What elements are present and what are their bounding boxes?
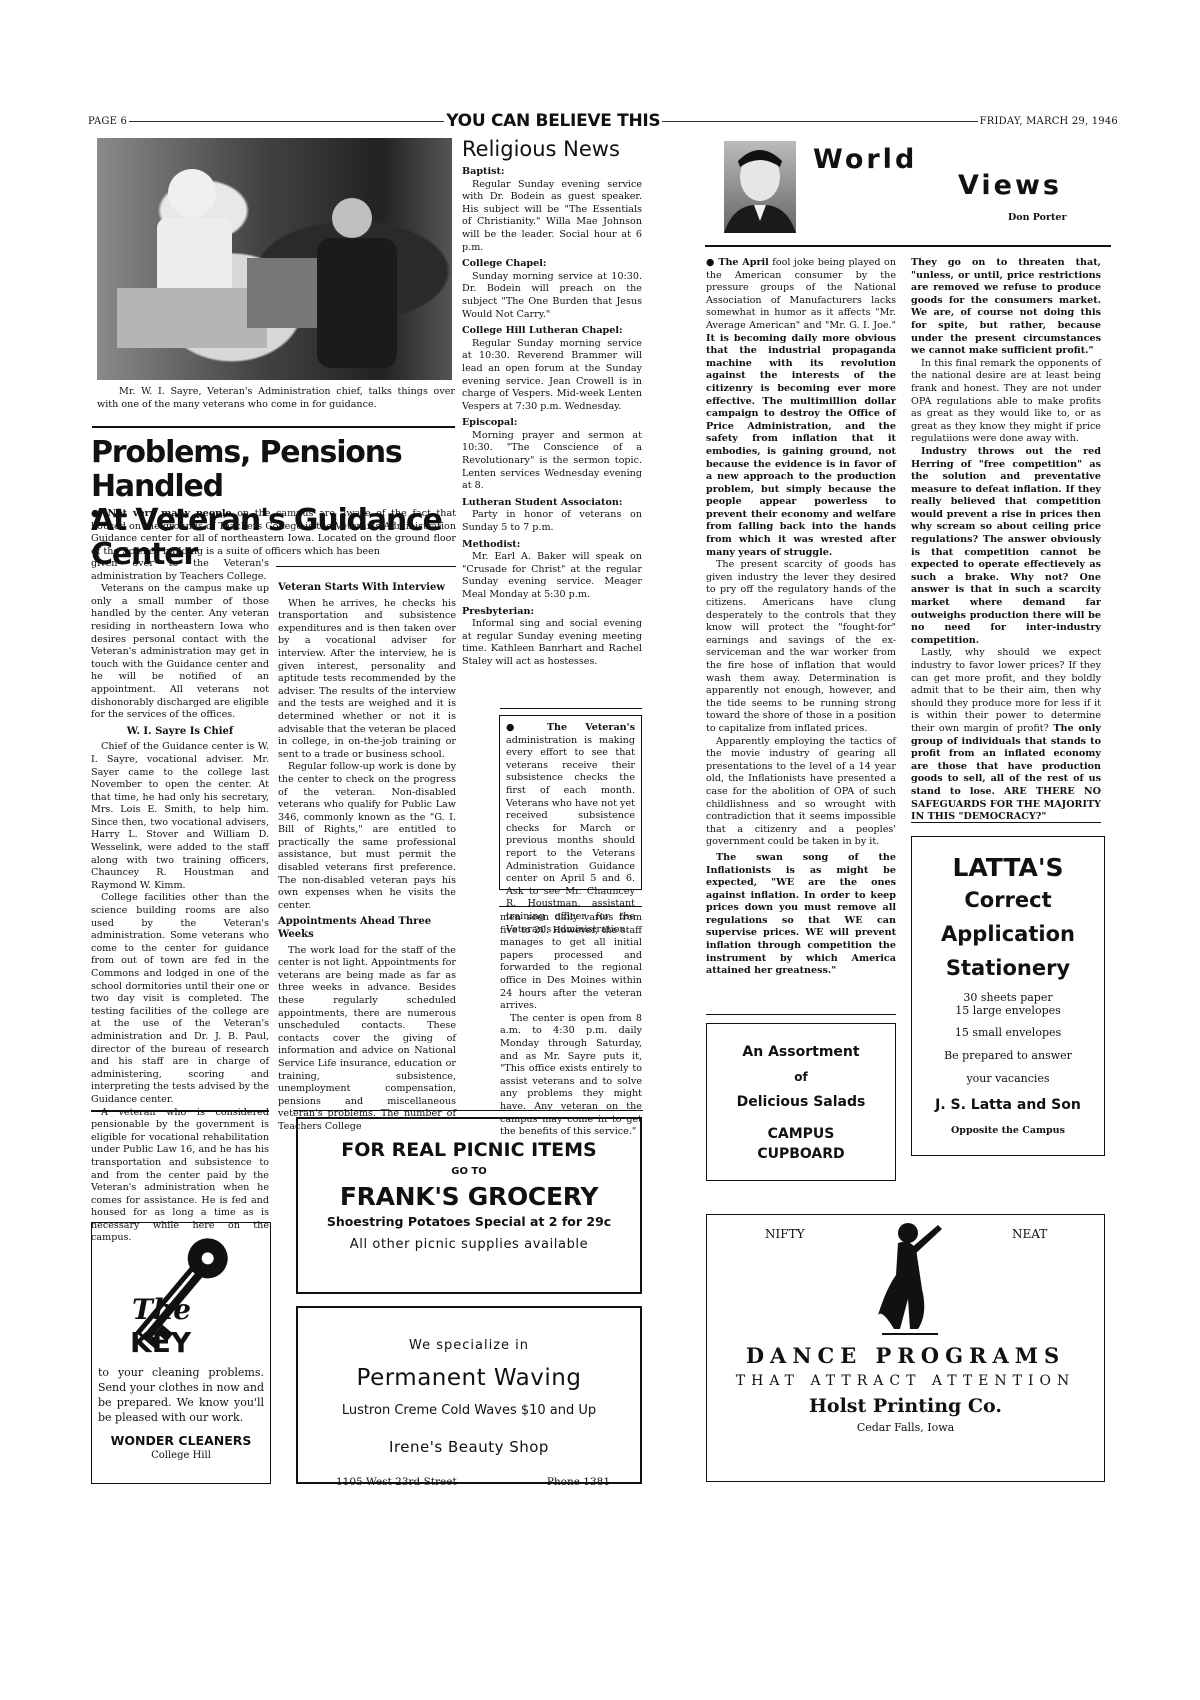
divider <box>92 426 455 428</box>
section-baptist: Baptist: <box>462 166 642 179</box>
divider <box>293 1110 643 1111</box>
ad-holst-printing: NIFTY NEAT DANCE PROGRAMS THAT ATTRACT A… <box>706 1214 1105 1482</box>
ad-irenes-phone: Phone 1381 <box>547 1476 610 1488</box>
section-text: Mr. Earl A. Baker will speak on "Crusade… <box>462 551 642 601</box>
section-text: Informal sing and social evening at regu… <box>462 618 642 668</box>
ad-franks-line2: GO TO <box>298 1166 640 1177</box>
ad-lattas-stationery: LATTA'S Correct Application Stationery 3… <box>911 836 1105 1156</box>
columnist-portrait <box>724 141 796 233</box>
ad-key-text: to your cleaning problems. Send your clo… <box>98 1365 264 1425</box>
dancer-silhouette-icon <box>852 1219 962 1339</box>
section-text: Morning prayer and sermon at 10:30. "The… <box>462 430 642 493</box>
ad-latta-tagline: Be prepared to answer <box>912 1049 1104 1062</box>
ad-holst-headline: DANCE PROGRAMS <box>707 1343 1104 1368</box>
news-photo-sayre <box>97 138 452 380</box>
ad-franks-name: FRANK'S GROCERY <box>298 1182 640 1211</box>
religious-sections: Baptist: Regular Sunday evening service … <box>462 166 642 669</box>
paragraph: Chief of the Guidance center is W. I. Sa… <box>91 741 269 892</box>
ad-holst-location: Cedar Falls, Iowa <box>707 1421 1104 1434</box>
segment: fool joke being played on the American c… <box>706 257 896 331</box>
portrait-figure-icon <box>724 141 796 233</box>
subhead-interview: Veteran Starts With Interview <box>278 582 456 595</box>
subhead-sayre-chief: W. I. Sayre Is Chief <box>91 726 269 739</box>
divider <box>500 708 642 709</box>
section-presbyterian: Presbyterian: <box>462 606 642 619</box>
ad-franks-line1: FOR REAL PICNIC ITEMS <box>298 1139 640 1161</box>
ad-key-title-key: KEY <box>130 1326 191 1359</box>
lead-bold: Not very many people <box>108 508 232 519</box>
veterans-lead: ● Not very many people on the campus are… <box>91 508 456 558</box>
wv-paragraph-4: The swan song of the Inflationists is as… <box>706 852 896 978</box>
wv-paragraph-6: In this final remark the opponents of th… <box>911 358 1101 446</box>
issue-date: FRIDAY, MARCH 29, 1946 <box>980 116 1118 127</box>
divider <box>276 566 456 567</box>
ad-irenes-headline: Permanent Waving <box>298 1365 640 1391</box>
ad-latta-item: 15 large envelopes <box>912 1004 1104 1017</box>
paragraph: Regular follow-up work is done by the ce… <box>278 761 456 912</box>
paragraph: Veterans on the campus make up only a sm… <box>91 583 269 722</box>
ad-latta-location: Opposite the Campus <box>912 1125 1104 1136</box>
page-number: PAGE 6 <box>88 116 127 127</box>
ad-irenes-beauty-shop: We specialize in Permanent Waving Lustro… <box>296 1306 642 1484</box>
divider <box>705 245 1111 247</box>
ad-irenes-contact: 1105 West 23rd Street Phone 1381 <box>298 1476 640 1488</box>
divider <box>706 1014 896 1015</box>
ad-key-location: College Hill <box>98 1450 264 1461</box>
section-episcopal: Episcopal: <box>462 417 642 430</box>
world-views-title-word2: Views <box>958 170 1062 201</box>
ad-latta-item: 15 small envelopes <box>912 1026 1104 1039</box>
wv-paragraph-8: Lastly, why should we expect industry to… <box>911 647 1101 823</box>
ad-latta-line3: Stationery <box>912 951 1104 985</box>
headline-line-1: Problems, Pensions Handled <box>91 436 461 504</box>
photo-caption-text: Mr. W. I. Sayre, Veteran's Administratio… <box>97 386 455 411</box>
paragraph: College facilities other than the scienc… <box>91 892 269 1106</box>
veterans-column-2: Veteran Starts With Interview When he ar… <box>278 578 456 1134</box>
world-views-column-2: They go on to threaten that, "unless, or… <box>911 257 1101 824</box>
bullet-icon: ● <box>706 257 718 268</box>
ad-irenes-address: 1105 West 23rd Street <box>336 1476 457 1488</box>
ad-latta-name: LATTA'S <box>912 853 1104 883</box>
ad-latta-line1: Correct <box>912 883 1104 917</box>
wv-paragraph-2: The present scarcity of goods has given … <box>706 559 896 735</box>
notice-text: administration is making every effort to… <box>506 735 635 935</box>
ad-cupboard-line2: of <box>707 1070 895 1084</box>
ad-cupboard-line1: An Assortment <box>707 1044 895 1060</box>
wv-paragraph-5: They go on to threaten that, "unless, or… <box>911 257 1101 358</box>
ad-key-title-the: The <box>132 1293 191 1326</box>
wv-paragraph-3: Apparently employing the tactics of the … <box>706 736 896 849</box>
paragraph: When he arrives, he checks his transport… <box>278 598 456 762</box>
section-text: Regular Sunday evening service with Dr. … <box>462 179 642 255</box>
subhead-appointments: Appointments Ahead Three Weeks <box>278 916 456 941</box>
ad-franks-grocery: FOR REAL PICNIC ITEMS GO TO FRANK'S GROC… <box>296 1117 642 1294</box>
ad-holst-right: NEAT <box>1012 1227 1047 1241</box>
ad-holst-subline: THAT ATTRACT ATTENTION <box>707 1373 1104 1389</box>
section-text: Party in honor of veterans on Sunday 5 t… <box>462 509 642 534</box>
divider <box>911 822 1101 823</box>
veterans-column-1: given over to the Veteran's administrati… <box>91 558 269 1245</box>
ad-irenes-name: Irene's Beauty Shop <box>298 1438 640 1456</box>
ad-cupboard-name1: CAMPUS <box>707 1126 895 1142</box>
section-lutheran-student: Lutheran Student Associaton: <box>462 497 642 510</box>
segment: It is becoming daily more obvious that t… <box>706 333 896 558</box>
notice-bold: The Veteran's <box>547 722 635 733</box>
newspaper-title: YOU CAN BELIEVE THIS <box>446 111 660 131</box>
ad-cupboard-name2: CUPBOARD <box>707 1146 895 1162</box>
ad-cupboard-line3: Delicious Salads <box>707 1094 895 1110</box>
veterans-notice-box: ● The Veteran's administration is making… <box>499 715 642 890</box>
section-college-chapel: College Chapel: <box>462 258 642 271</box>
columnist-byline: Don Porter <box>1008 212 1066 223</box>
segment: Lastly, why should we expect industry to… <box>911 647 1101 734</box>
segment: The April <box>718 257 769 268</box>
photo-figures-icon <box>97 138 452 380</box>
bullet-icon: ● <box>506 722 547 733</box>
religious-news-title: Religious News <box>462 136 642 162</box>
masthead-rule-left <box>129 121 444 122</box>
section-text: Regular Sunday morning service at 10:30.… <box>462 338 642 414</box>
wv-paragraph-7: Industry throws out the red Herring of "… <box>911 446 1101 648</box>
ad-irenes-offer: Lustron Creme Cold Waves $10 and Up <box>298 1403 640 1418</box>
ad-key-name: WONDER CLEANERS <box>98 1433 264 1448</box>
ad-holst-name: Holst Printing Co. <box>707 1395 1104 1417</box>
divider <box>91 1110 269 1112</box>
ad-latta-company: J. S. Latta and Son <box>912 1097 1104 1113</box>
ad-franks-special: Shoestring Potatoes Special at 2 for 29c <box>298 1214 640 1229</box>
ad-irenes-line1: We specialize in <box>298 1338 640 1353</box>
bullet-icon: ● <box>91 508 108 519</box>
section-lutheran-chapel: College Hill Lutheran Chapel: <box>462 325 642 338</box>
photo-caption: Mr. W. I. Sayre, Veteran's Administratio… <box>97 386 455 411</box>
page-masthead: PAGE 6 YOU CAN BELIEVE THIS FRIDAY, MARC… <box>88 108 1118 134</box>
veterans-column-3: men seen daily varies from five to 20. H… <box>500 912 642 1139</box>
world-views-title-word1: World <box>813 144 917 175</box>
masthead-rule-right <box>662 121 977 122</box>
ad-campus-cupboard: An Assortment of Delicious Salads CAMPUS… <box>706 1023 896 1181</box>
ad-latta-tagline: your vacancies <box>912 1072 1104 1085</box>
ad-wonder-cleaners: The KEY to your cleaning problems. Send … <box>91 1222 271 1484</box>
paragraph: men seen daily varies from five to 20. H… <box>500 912 642 1013</box>
wv-paragraph-1: ● The April fool joke being played on th… <box>706 257 896 559</box>
ad-latta-item: 30 sheets paper <box>912 991 1104 1004</box>
section-text: Sunday morning service at 10:30. Dr. Bod… <box>462 271 642 321</box>
ad-latta-line2: Application <box>912 917 1104 951</box>
world-views-column-1: ● The April fool joke being played on th… <box>706 257 896 978</box>
paragraph: given over to the Veteran's administrati… <box>91 558 269 583</box>
religious-news: Religious News Baptist: Regular Sunday e… <box>462 136 642 669</box>
ad-holst-left: NIFTY <box>765 1227 805 1241</box>
section-methodist: Methodist: <box>462 539 642 552</box>
segment: The only group of individuals that stand… <box>911 723 1101 822</box>
paragraph: The work load for the staff of the cente… <box>278 945 456 1134</box>
divider <box>499 906 642 907</box>
ad-franks-footer: All other picnic supplies available <box>298 1237 640 1252</box>
